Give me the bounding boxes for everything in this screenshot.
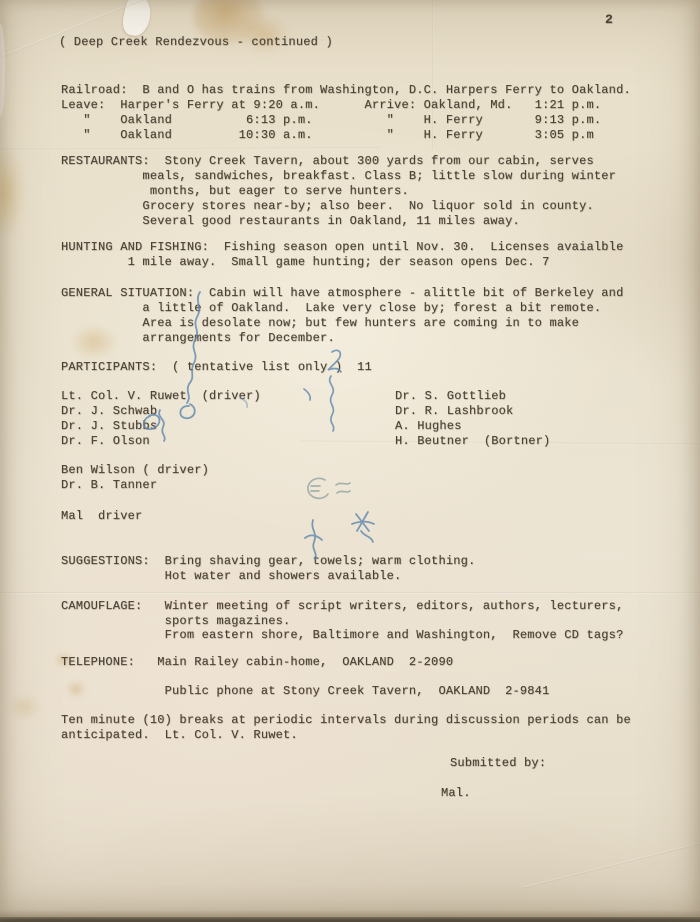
suggestions-line: Hot water and showers available. [61,569,401,584]
participant-name: Dr. B. Tanner [61,478,157,493]
general-situation-line: GENERAL SITUATION: Cabin will have atmos… [61,286,624,301]
railroad-line: " Oakland 6:13 p.m. " H. Ferry 9:13 p.m. [61,113,601,128]
general-situation-line: Area is desolate now; but few hunters ar… [61,316,579,331]
participant-name: Lt. Col. V. Ruwet (driver) [61,389,261,404]
page-number: 2 [605,12,613,27]
hunting-line: 1 mile away. Small game hunting; der sea… [61,255,549,270]
suggestions-line: SUGGESTIONS: Bring shaving gear, towels;… [61,554,475,569]
scan-bottom-edge [0,917,700,922]
general-situation-line: arrangements for December. [61,331,335,346]
railroad-line: Railroad: B and O has trains from Washin… [61,83,631,98]
crease-horizontal-upper [0,147,380,151]
participant-name: Ben Wilson ( driver) [61,463,209,478]
participant-name: Mal driver [61,509,142,524]
scanned-memo-page: 2 ( Deep Creek Rendezvous - continued ) … [0,0,700,922]
pencil-scribble [308,478,350,498]
participant-name: Dr. J. Stubbs [61,419,157,434]
blue-pen-scribble-suggestions [305,512,374,559]
hunting-line: HUNTING AND FISHING: Fishing season open… [61,240,624,255]
participant-name: H. Beutner (Bortner) [395,434,550,449]
closing-line: anticipated. Lt. Col. V. Ruwet. [61,728,298,743]
restaurants-line: RESTAURANTS: Stony Creek Tavern, about 3… [61,154,594,169]
railroad-line: Leave: Harper's Ferry at 9:20 a.m. Arriv… [61,98,601,113]
restaurants-line: months, but eager to serve hunters. [61,184,409,199]
general-situation-line: a little of Oakland. Lake very close by;… [61,301,601,316]
camouflage-line: CAMOUFLAGE: Winter meeting of script wri… [61,599,624,614]
participants-heading: PARTICIPANTS: ( tentative list only ) 11 [61,360,372,375]
torn-edge-sliver [0,24,5,116]
bottom-shadow [0,910,700,917]
participant-name: Dr. F. Olson [61,434,150,449]
participant-name: Dr. R. Lashbrook [395,404,513,419]
railroad-line: " Oakland 10:30 a.m. " H. Ferry 3:05 p.m [61,128,594,143]
stain-left-edge [0,148,24,238]
telephone-line: TELEPHONE: Main Railey cabin-home, OAKLA… [61,655,453,670]
participant-name: Dr. S. Gottlieb [395,389,506,404]
restaurants-line: Several good restaurants in Oakland, 11 … [61,214,520,229]
crease-diagonal-bottomright [523,833,700,888]
submitted-by-label: Submitted by: [450,756,546,771]
camouflage-line: sports magazines. [61,614,290,629]
crease-diagonal-topleft [0,0,154,64]
restaurants-line: meals, sandwiches, breakfast. Class B; l… [61,169,616,184]
stain-bottom-left [8,694,42,720]
closing-line: Ten minute (10) breaks at periodic inter… [61,713,631,728]
torn-paper-patch [120,0,154,38]
camouflage-line: From eastern shore, Baltimore and Washin… [61,628,624,643]
header-line: ( Deep Creek Rendezvous - continued ) [59,35,333,50]
participant-name: A. Hughes [395,419,462,434]
telephone-line: Public phone at Stony Creek Tavern, OAKL… [61,684,549,699]
signature: Mal. [441,786,471,801]
participant-name: Dr. J. Schwab [61,404,157,419]
crease-horizontal-main [0,592,700,595]
restaurants-line: Grocery stores near-by; also beer. No li… [61,199,594,214]
